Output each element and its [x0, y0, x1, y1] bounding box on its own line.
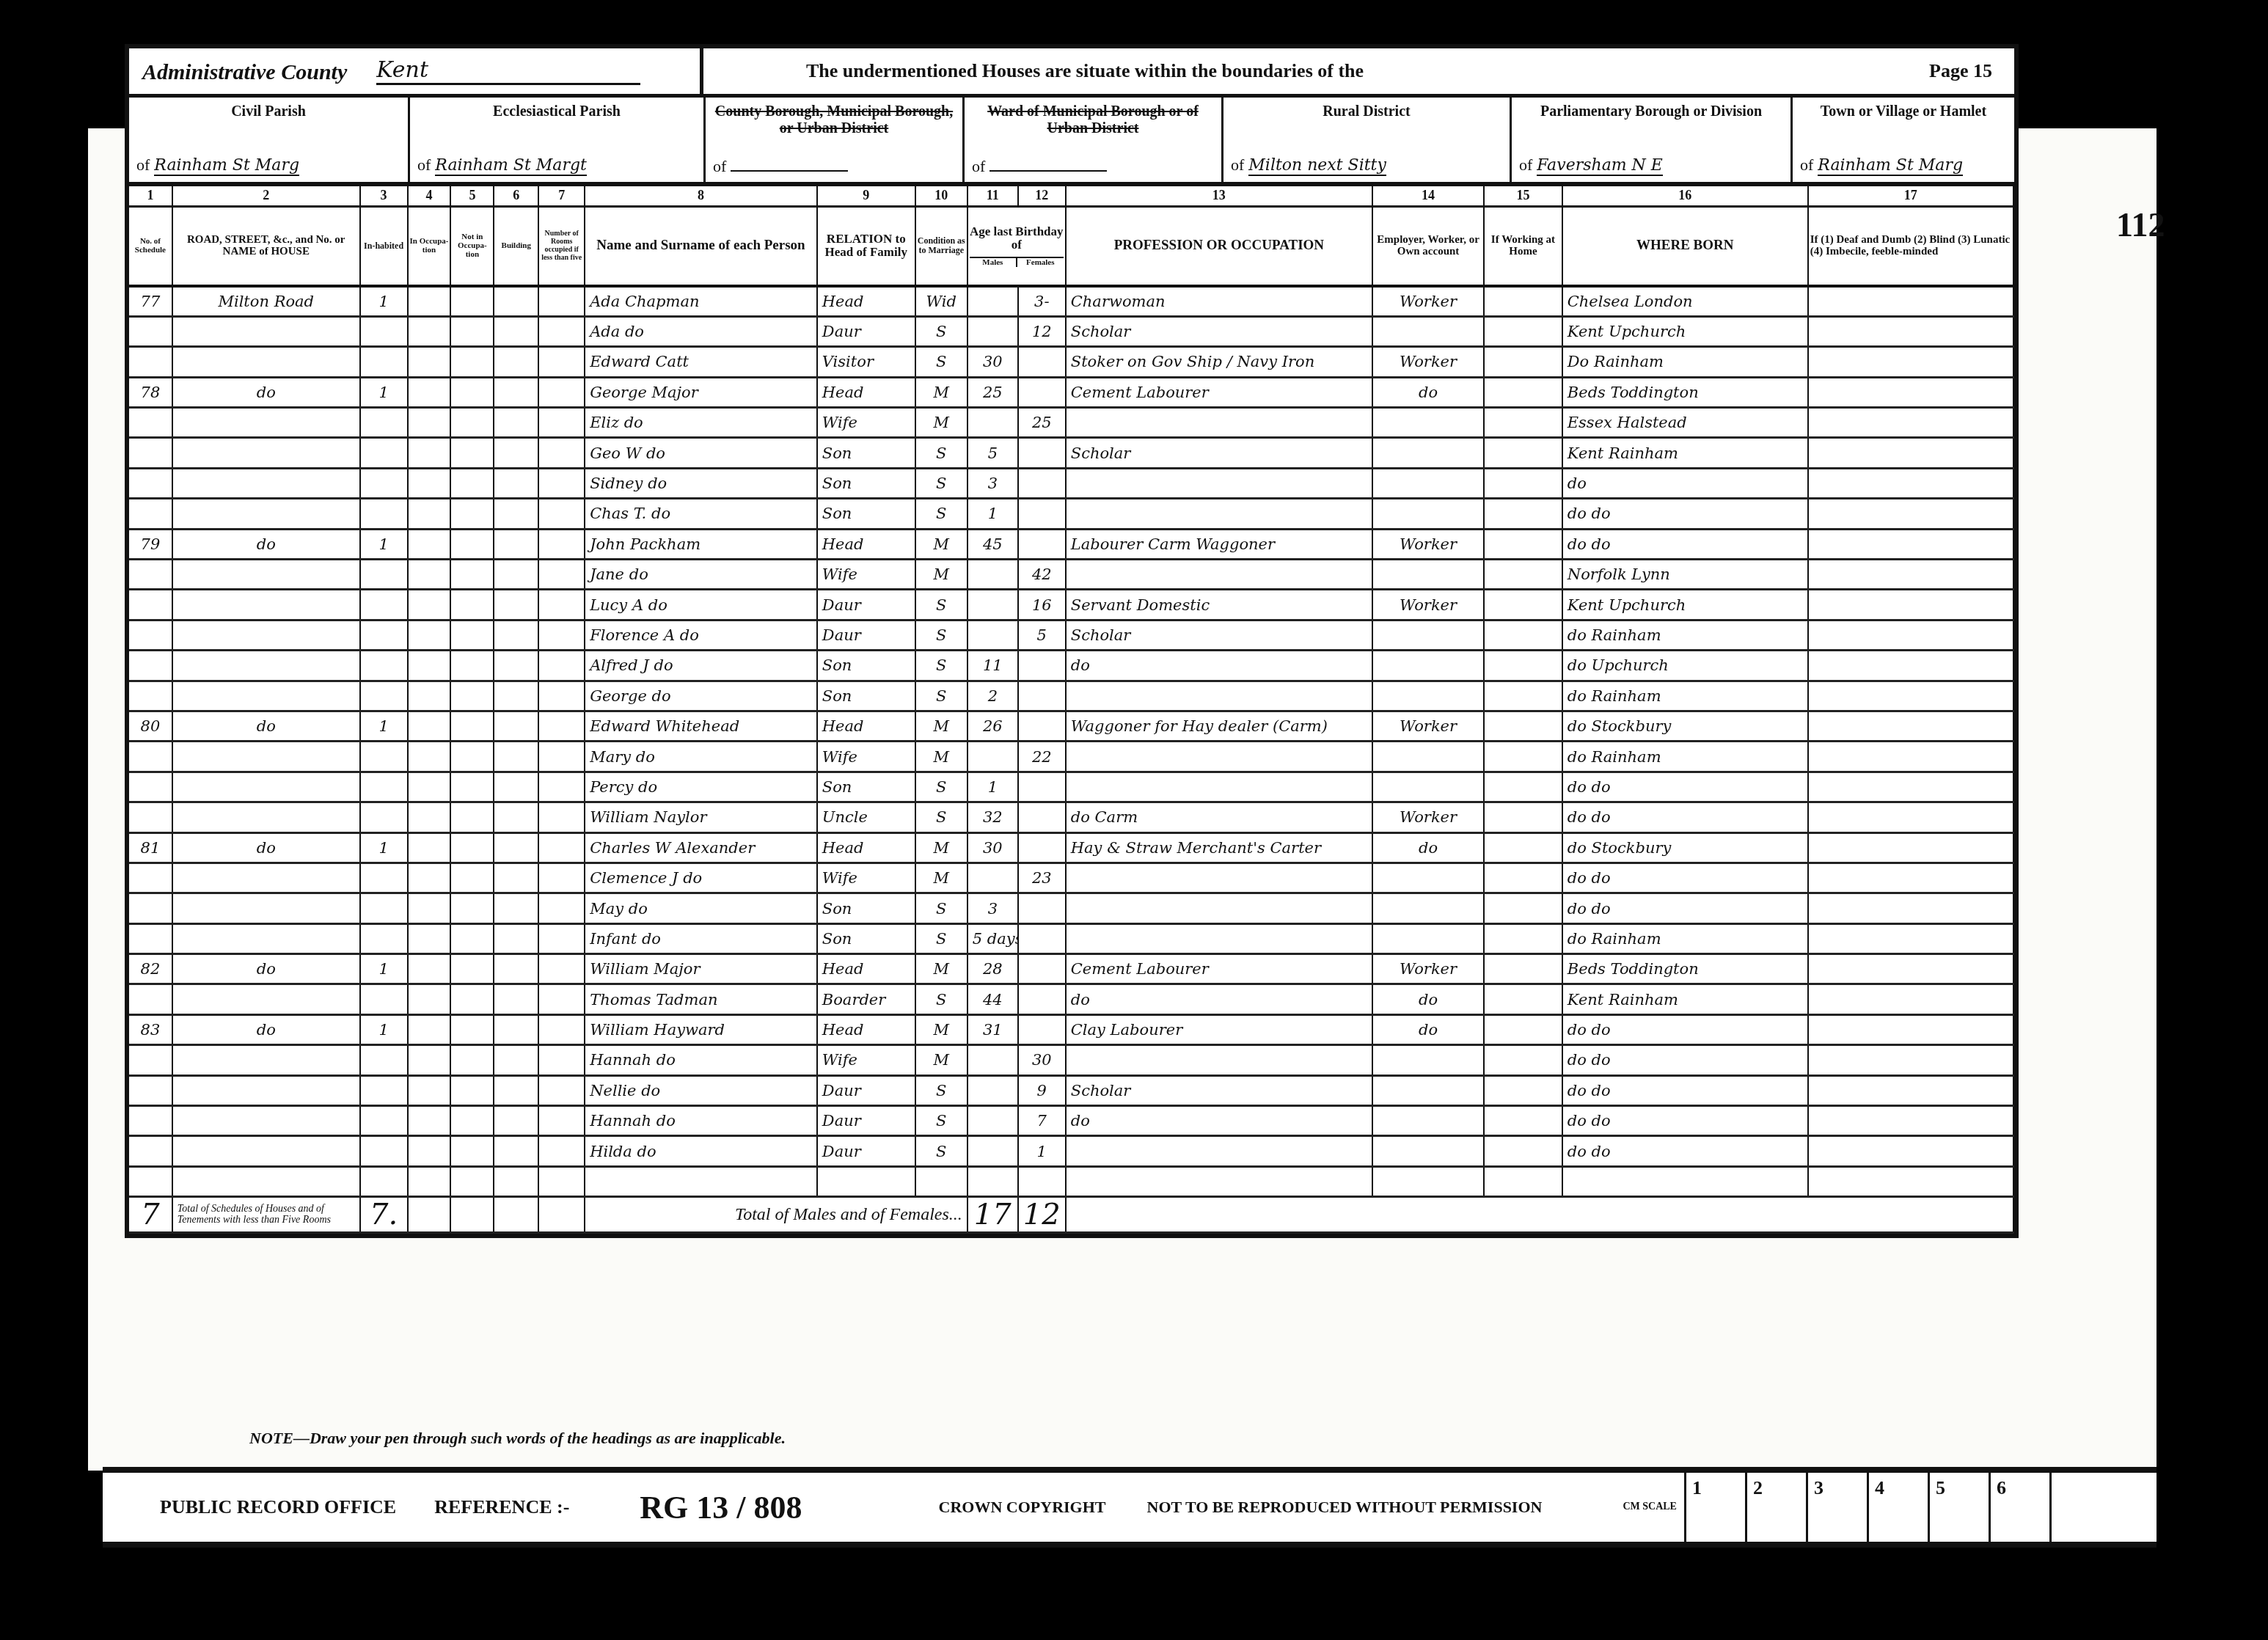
person-name: Eliz do: [585, 408, 817, 438]
relation: Son: [817, 893, 915, 923]
road-name: [172, 863, 360, 893]
age-male: 3: [967, 468, 1018, 498]
county-borough-value: [731, 170, 848, 172]
table-row: 80do1Edward WhiteheadHeadM26Waggoner for…: [129, 711, 2013, 741]
road-name: [172, 923, 360, 953]
table-row: William NaylorUncleS32do CarmWorkerdo do: [129, 802, 2013, 832]
not-in-occupation: [450, 590, 494, 620]
scale-mark: 6: [1989, 1473, 2049, 1542]
road-name: [172, 1106, 360, 1136]
birthplace: do do: [1562, 772, 1808, 802]
census-table: 1 2 3 4 5 6 7 8 9 10 11 12 13 14 15 16 1…: [129, 186, 2014, 1234]
relation: Son: [817, 651, 915, 681]
schedule-number: [129, 1136, 172, 1166]
condition: M: [915, 1045, 967, 1075]
total-houses: 7.: [360, 1197, 408, 1233]
table-row: 79do1John PackhamHeadM45Labourer Carm Wa…: [129, 529, 2013, 559]
building: [494, 832, 538, 863]
schedule-number: [129, 742, 172, 772]
table-row: Lucy A doDaurS16Servant DomesticWorkerKe…: [129, 590, 2013, 620]
condition: S: [915, 802, 967, 832]
rooms: [538, 529, 585, 559]
building: [494, 984, 538, 1014]
person-name: John Packham: [585, 529, 817, 559]
person-name: Hannah do: [585, 1106, 817, 1136]
building: [494, 742, 538, 772]
birthplace: Essex Halstead: [1562, 408, 1808, 438]
occupation: Cement Labourer: [1066, 377, 1372, 407]
age-male: 1: [967, 772, 1018, 802]
col-num: 14: [1372, 186, 1484, 207]
infirmity: [1808, 863, 2013, 893]
relation: Wife: [817, 742, 915, 772]
not-in-occupation: [450, 438, 494, 468]
age-female: [1018, 893, 1066, 923]
occupation: Scholar: [1066, 620, 1372, 650]
person-name: Ada Chapman: [585, 286, 817, 317]
col-num: 1: [129, 186, 172, 207]
ward-label: Ward of Municipal Borough or of Urban Di…: [972, 103, 1214, 137]
birthplace: [1562, 1166, 1808, 1196]
employer-status: [1372, 923, 1484, 953]
person-name: Percy do: [585, 772, 817, 802]
relation: Wife: [817, 863, 915, 893]
table-row: 83do1William HaywardHeadM31Clay Labourer…: [129, 1014, 2013, 1044]
employer-status: [1372, 742, 1484, 772]
not-in-occupation: [450, 984, 494, 1014]
age-female: 5: [1018, 620, 1066, 650]
schedule-number: [129, 1166, 172, 1196]
employer-status: Worker: [1372, 711, 1484, 741]
person-name: William Naylor: [585, 802, 817, 832]
person-name: Nellie do: [585, 1075, 817, 1105]
age-male: [967, 1045, 1018, 1075]
copyright-label: CROWN COPYRIGHT: [939, 1498, 1106, 1517]
birthplace: Beds Toddington: [1562, 377, 1808, 407]
road-name: [172, 651, 360, 681]
not-in-occupation: [450, 408, 494, 438]
rooms: [538, 1136, 585, 1166]
table-row: Infant doSonS5 daysdo Rainham: [129, 923, 2013, 953]
occupation: [1066, 499, 1372, 529]
inhabited: [360, 347, 408, 377]
age-male: 32: [967, 802, 1018, 832]
age-female: [1018, 651, 1066, 681]
birthplace: do Upchurch: [1562, 651, 1808, 681]
condition: S: [915, 893, 967, 923]
employer-status: [1372, 651, 1484, 681]
occupation: [1066, 408, 1372, 438]
schedule-number: [129, 408, 172, 438]
building: [494, 499, 538, 529]
in-occupation: [408, 772, 451, 802]
road-name: do: [172, 711, 360, 741]
in-occupation: [408, 651, 451, 681]
scale-mark: 5: [1928, 1473, 1989, 1542]
table-row: [129, 1166, 2013, 1196]
occupation: do: [1066, 1106, 1372, 1136]
road-name: do: [172, 832, 360, 863]
inhabited: [360, 438, 408, 468]
birthplace: do Rainham: [1562, 681, 1808, 711]
rooms: [538, 438, 585, 468]
infirmity: [1808, 1014, 2013, 1044]
permission-label: NOT TO BE REPRODUCED WITHOUT PERMISSION: [1147, 1498, 1543, 1517]
employer-status: [1372, 408, 1484, 438]
infirmity: [1808, 408, 2013, 438]
occupation: [1066, 468, 1372, 498]
rooms: [538, 681, 585, 711]
employer-status: [1372, 499, 1484, 529]
birthplace: do Stockbury: [1562, 711, 1808, 741]
not-in-occupation: [450, 742, 494, 772]
age-female: 16: [1018, 590, 1066, 620]
road-name: [172, 1075, 360, 1105]
condition: M: [915, 529, 967, 559]
rural-district-value: Milton next Sitty: [1248, 156, 1386, 176]
schedule-number: [129, 984, 172, 1014]
header-occupation: PROFESSION OR OCCUPATION: [1066, 207, 1372, 286]
employer-status: [1372, 1106, 1484, 1136]
age-male: 30: [967, 347, 1018, 377]
building: [494, 529, 538, 559]
person-name: Infant do: [585, 923, 817, 953]
age-female: [1018, 377, 1066, 407]
in-occupation: [408, 802, 451, 832]
employer-status: [1372, 772, 1484, 802]
occupation: Servant Domestic: [1066, 590, 1372, 620]
building: [494, 681, 538, 711]
working-at-home: [1484, 468, 1562, 498]
in-occupation: [408, 711, 451, 741]
cm-scale-label: CM SCALE: [1623, 1501, 1677, 1512]
age-male: [967, 1106, 1018, 1136]
inhabited: [360, 408, 408, 438]
age-male: [967, 590, 1018, 620]
road-name: [172, 590, 360, 620]
in-occupation: [408, 590, 451, 620]
in-occupation: [408, 863, 451, 893]
totals-row: 7 Total of Schedules of Houses and of Te…: [129, 1197, 2013, 1233]
parliamentary-division-value: Faversham N E: [1537, 156, 1663, 176]
condition: S: [915, 468, 967, 498]
age-female: 25: [1018, 408, 1066, 438]
age-female: [1018, 711, 1066, 741]
infirmity: [1808, 772, 2013, 802]
schedule-number: [129, 1075, 172, 1105]
not-in-occupation: [450, 954, 494, 984]
relation: Wife: [817, 560, 915, 590]
table-row: Florence A doDaurS5Scholardo Rainham: [129, 620, 2013, 650]
condition: M: [915, 742, 967, 772]
schedule-number: 83: [129, 1014, 172, 1044]
occupation: Stoker on Gov Ship / Navy Iron: [1066, 347, 1372, 377]
birthplace: do Rainham: [1562, 923, 1808, 953]
in-occupation: [408, 1045, 451, 1075]
age-female: [1018, 832, 1066, 863]
road-name: [172, 802, 360, 832]
condition: S: [915, 620, 967, 650]
rooms: [538, 832, 585, 863]
infirmity: [1808, 377, 2013, 407]
in-occupation: [408, 954, 451, 984]
condition: S: [915, 499, 967, 529]
civil-parish: Civil ParishofRainham St Marg: [129, 98, 410, 182]
working-at-home: [1484, 742, 1562, 772]
road-name: [172, 893, 360, 923]
inhabited: 1: [360, 286, 408, 317]
parliamentary-division-label: Parliamentary Borough or Division: [1519, 103, 1783, 120]
birthplace: do do: [1562, 529, 1808, 559]
road-name: [172, 681, 360, 711]
building: [494, 286, 538, 317]
inhabited: [360, 1166, 408, 1196]
employer-status: Worker: [1372, 347, 1484, 377]
relation: Son: [817, 923, 915, 953]
rooms: [538, 1014, 585, 1044]
col-num: 7: [538, 186, 585, 207]
table-row: Edward CattVisitorS30Stoker on Gov Ship …: [129, 347, 2013, 377]
not-in-occupation: [450, 347, 494, 377]
occupation: [1066, 681, 1372, 711]
col-num: 5: [450, 186, 494, 207]
occupation: Scholar: [1066, 438, 1372, 468]
header-born: WHERE BORN: [1562, 207, 1808, 286]
empty-cell: [538, 1197, 585, 1233]
header-schedule: No. of Schedule: [129, 207, 172, 286]
inhabited: 1: [360, 832, 408, 863]
table-row: 77Milton Road1Ada ChapmanHeadWid3-Charwo…: [129, 286, 2013, 317]
road-name: [172, 984, 360, 1014]
working-at-home: [1484, 1014, 1562, 1044]
county-borough: County Borough, Municipal Borough, or Ur…: [706, 98, 965, 182]
working-at-home: [1484, 1045, 1562, 1075]
table-row: Eliz doWifeM25Essex Halstead: [129, 408, 2013, 438]
scale-mark: 1: [1684, 1473, 1745, 1542]
not-in-occupation: [450, 893, 494, 923]
birthplace: do: [1562, 468, 1808, 498]
birthplace: Kent Upchurch: [1562, 316, 1808, 346]
employer-status: do: [1372, 1014, 1484, 1044]
infirmity: [1808, 620, 2013, 650]
total-females: 12: [1018, 1197, 1066, 1233]
person-name: Lucy A do: [585, 590, 817, 620]
road-name: [172, 499, 360, 529]
in-occupation: [408, 1014, 451, 1044]
age-female: [1018, 468, 1066, 498]
working-at-home: [1484, 1136, 1562, 1166]
relation: Wife: [817, 1045, 915, 1075]
occupation: Waggoner for Hay dealer (Carm): [1066, 711, 1372, 741]
in-occupation: [408, 1106, 451, 1136]
birthplace: do do: [1562, 863, 1808, 893]
working-at-home: [1484, 347, 1562, 377]
col-num: 13: [1066, 186, 1372, 207]
condition: S: [915, 923, 967, 953]
occupation: [1066, 742, 1372, 772]
census-sheet: Administrative County Kent The underment…: [125, 44, 2019, 1238]
scale-mark: 3: [1806, 1473, 1867, 1542]
age-female: 30: [1018, 1045, 1066, 1075]
scale-mark: [2049, 1473, 2144, 1542]
not-in-occupation: [450, 923, 494, 953]
infirmity: [1808, 742, 2013, 772]
condition: S: [915, 316, 967, 346]
col-num: 9: [817, 186, 915, 207]
infirmity: [1808, 590, 2013, 620]
relation: Daur: [817, 620, 915, 650]
schedule-number: [129, 1045, 172, 1075]
not-in-occupation: [450, 772, 494, 802]
col-num: 12: [1018, 186, 1066, 207]
header-building: Building: [494, 207, 538, 286]
inhabited: [360, 1106, 408, 1136]
in-occupation: [408, 742, 451, 772]
in-occupation: [408, 286, 451, 317]
person-name: Sidney do: [585, 468, 817, 498]
not-in-occupation: [450, 1166, 494, 1196]
town-village-label: Town or Village or Hamlet: [1800, 103, 2007, 120]
relation: Son: [817, 438, 915, 468]
table-row: Percy doSonS1do do: [129, 772, 2013, 802]
empty-cell: [1066, 1197, 2013, 1233]
infirmity: [1808, 468, 2013, 498]
header-in-occupation: In Occupa-tion: [408, 207, 451, 286]
age-female: [1018, 529, 1066, 559]
civil-parish-value: Rainham St Marg: [154, 156, 299, 176]
employer-status: do: [1372, 984, 1484, 1014]
building: [494, 772, 538, 802]
working-at-home: [1484, 863, 1562, 893]
building: [494, 1045, 538, 1075]
rooms: [538, 590, 585, 620]
person-name: Chas T. do: [585, 499, 817, 529]
condition: M: [915, 1014, 967, 1044]
birthplace: Kent Rainham: [1562, 984, 1808, 1014]
working-at-home: [1484, 832, 1562, 863]
working-at-home: [1484, 802, 1562, 832]
building: [494, 316, 538, 346]
working-at-home: [1484, 560, 1562, 590]
road-name: [172, 1136, 360, 1166]
rooms: [538, 923, 585, 953]
birthplace: Beds Toddington: [1562, 954, 1808, 984]
birthplace: Do Rainham: [1562, 347, 1808, 377]
age-male: 3: [967, 893, 1018, 923]
age-male: [967, 863, 1018, 893]
employer-status: [1372, 1045, 1484, 1075]
occupation: Scholar: [1066, 1075, 1372, 1105]
table-row: 82do1William MajorHeadM28Cement Labourer…: [129, 954, 2013, 984]
person-name: William Major: [585, 954, 817, 984]
person-name: George do: [585, 681, 817, 711]
employer-status: Worker: [1372, 954, 1484, 984]
ecclesiastical-parish: Ecclesiastical ParishofRainham St Margt: [410, 98, 706, 182]
col-num: 15: [1484, 186, 1562, 207]
road-name: [172, 316, 360, 346]
town-village: Town or Village or HamletofRainham St Ma…: [1793, 98, 2014, 182]
occupation: Hay & Straw Merchant's Carter: [1066, 832, 1372, 863]
building: [494, 1136, 538, 1166]
age-male: 1: [967, 499, 1018, 529]
schedule-number: [129, 863, 172, 893]
not-in-occupation: [450, 468, 494, 498]
table-row: Ada doDaurS12ScholarKent Upchurch: [129, 316, 2013, 346]
age-female: 12: [1018, 316, 1066, 346]
road-name: [172, 772, 360, 802]
employer-status: do: [1372, 377, 1484, 407]
working-at-home: [1484, 984, 1562, 1014]
working-at-home: [1484, 316, 1562, 346]
working-at-home: [1484, 590, 1562, 620]
age-female: 1: [1018, 1136, 1066, 1166]
employer-status: [1372, 438, 1484, 468]
header-name: Name and Surname of each Person: [585, 207, 817, 286]
birthplace: do do: [1562, 1014, 1808, 1044]
header-not-in-occupation: Not in Occupa-tion: [450, 207, 494, 286]
schedule-number: 77: [129, 286, 172, 317]
age-male: [967, 1166, 1018, 1196]
building: [494, 620, 538, 650]
person-name: William Hayward: [585, 1014, 817, 1044]
person-name: Hilda do: [585, 1136, 817, 1166]
not-in-occupation: [450, 499, 494, 529]
infirmity: [1808, 1075, 2013, 1105]
age-female: [1018, 1166, 1066, 1196]
infirmity: [1808, 651, 2013, 681]
relation: Son: [817, 499, 915, 529]
rooms: [538, 772, 585, 802]
inhabited: [360, 863, 408, 893]
schedule-number: 80: [129, 711, 172, 741]
birthplace: do Rainham: [1562, 742, 1808, 772]
employer-status: [1372, 560, 1484, 590]
column-headers: No. of Schedule ROAD, STREET, &c., and N…: [129, 207, 2013, 286]
infirmity: [1808, 286, 2013, 317]
inhabited: [360, 499, 408, 529]
not-in-occupation: [450, 1075, 494, 1105]
age-female: [1018, 772, 1066, 802]
inhabited: [360, 984, 408, 1014]
age-female: 23: [1018, 863, 1066, 893]
building: [494, 651, 538, 681]
building: [494, 590, 538, 620]
not-in-occupation: [450, 1014, 494, 1044]
person-name: Ada do: [585, 316, 817, 346]
schedule-number: [129, 651, 172, 681]
town-village-value: Rainham St Marg: [1818, 156, 1963, 176]
relation: Daur: [817, 316, 915, 346]
building: [494, 377, 538, 407]
boundary-statement: The undermentioned Houses are situate wi…: [806, 60, 1364, 82]
relation: Head: [817, 832, 915, 863]
age-male: [967, 620, 1018, 650]
col-num: 11: [967, 186, 1018, 207]
ecclesiastical-parish-value: Rainham St Margt: [435, 156, 587, 176]
scale-mark: 4: [1867, 1473, 1928, 1542]
total-schedules-label: Total of Schedules of Houses and of Tene…: [172, 1197, 360, 1233]
occupation: [1066, 923, 1372, 953]
rooms: [538, 984, 585, 1014]
col-num: 8: [585, 186, 817, 207]
rooms: [538, 1045, 585, 1075]
building: [494, 438, 538, 468]
schedule-number: [129, 893, 172, 923]
building: [494, 1166, 538, 1196]
rooms: [538, 1106, 585, 1136]
table-row: Clemence J doWifeM23do do: [129, 863, 2013, 893]
inhabited: 1: [360, 711, 408, 741]
